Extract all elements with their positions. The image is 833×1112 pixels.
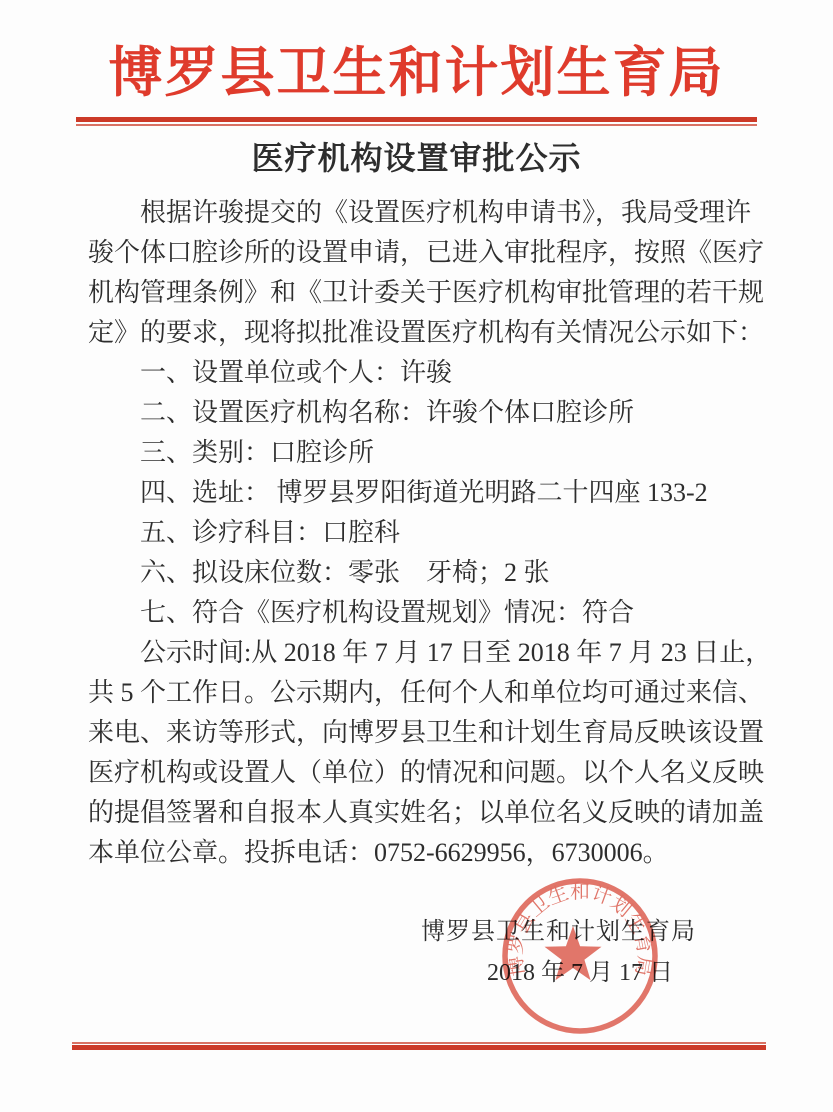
divider-thick-line — [72, 1045, 766, 1050]
document-title: 医疗机构设置审批公示 — [0, 137, 833, 179]
official-seal-stamp: 博罗县卫生和计划生育局 — [495, 871, 665, 1041]
letterhead-divider-rule — [76, 117, 757, 126]
body-line: 七、符合《医疗机构设置规划》情况：符合 — [88, 593, 778, 633]
body-text: 根据许骏提交的《设置医疗机构申请书》，我局受理许骏个体口腔诊所的设置申请，已进入… — [88, 193, 778, 873]
body-line: 六、拟设床位数：零张 牙椅；2 张 — [88, 553, 778, 593]
body-line: 本单位公章。投拆电话：0752-6629956，6730006。 — [88, 833, 778, 873]
seal-ring — [505, 881, 655, 1031]
body-line: 定》的要求，现将拟批准设置医疗机构有关情况公示如下： — [88, 313, 778, 353]
body-line: 的提倡签署和自报本人真实姓名；以单位名义反映的请加盖 — [88, 793, 778, 833]
body-line: 一、设置单位或个人：许骏 — [88, 353, 778, 393]
body-line: 公示时间:从 2018 年 7 月 17 日至 2018 年 7 月 23 日止… — [88, 633, 778, 673]
body-line: 机构管理条例》和《卫计委关于医疗机构审批管理的若干规 — [88, 273, 778, 313]
divider-thin-line — [76, 124, 757, 126]
body-line: 三、类别：口腔诊所 — [88, 433, 778, 473]
body-line: 五、诊疗科目：口腔科 — [88, 513, 778, 553]
body-line: 骏个体口腔诊所的设置申请，已进入审批程序，按照《医疗 — [88, 233, 778, 273]
signature-org-name: 博罗县卫生和计划生育局 — [421, 916, 696, 948]
body-line: 四、选址： 博罗县罗阳街道光明路二十四座 133-2 — [88, 473, 778, 513]
body-line: 共 5 个工作日。公示期内，任何个人和单位均可通过来信、 — [88, 673, 778, 713]
document-page: 博罗县卫生和计划生育局 医疗机构设置审批公示 根据许骏提交的《设置医疗机构申请书… — [0, 0, 833, 1112]
body-line: 医疗机构或设置人（单位）的情况和问题。以个人名义反映 — [88, 753, 778, 793]
letterhead-org-title: 博罗县卫生和计划生育局 — [0, 42, 833, 104]
body-line: 来电、来访等形式，向博罗县卫生和计划生育局反映该设置 — [88, 713, 778, 753]
signature-date: 2018 年 7 月 17 日 — [487, 957, 673, 989]
body-line: 根据许骏提交的《设置医疗机构申请书》，我局受理许 — [88, 193, 778, 233]
footer-divider-rule — [72, 1042, 766, 1050]
body-line: 二、设置医疗机构名称：许骏个体口腔诊所 — [88, 393, 778, 433]
